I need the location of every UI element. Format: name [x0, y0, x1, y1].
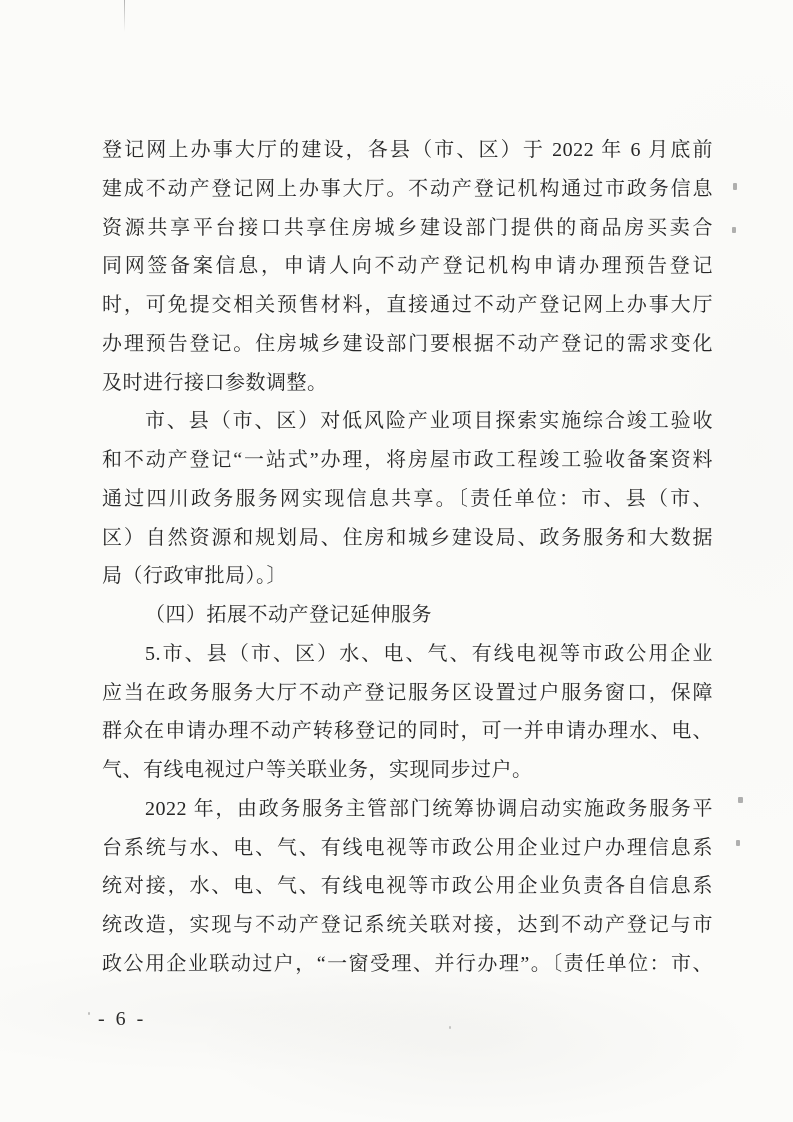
text-line: 同网签备案信息，申请人向不动产登记机构申请办理预告登记	[102, 247, 713, 286]
text-line: （四）拓展不动产登记延伸服务	[102, 596, 713, 635]
text-line: 5.市、县（市、区）水、电、气、有线电视等市政公用企业	[102, 635, 713, 674]
text-line: 台系统与水、电、气、有线电视等市政公用企业过户办理信息系	[102, 829, 713, 868]
paragraph: 2022 年，由政务服务主管部门统筹协调启动实施政务服务平台系统与水、电、气、有…	[102, 790, 713, 984]
text-line: 登记网上办事大厅的建设，各县（市、区）于 2022 年 6 月底前	[102, 131, 713, 170]
scan-speck	[736, 840, 740, 846]
text-line: 办理预告登记。住房城乡建设部门要根据不动产登记的需求变化	[102, 325, 713, 364]
text-line: 统改造，实现与不动产登记系统关联对接，达到不动产登记与市	[102, 906, 713, 945]
paragraph: 市、县（市、区）对低风险产业项目探索实施综合竣工验收和不动产登记“一站式”办理，…	[102, 402, 713, 596]
scan-speck	[738, 797, 743, 803]
text-line: 区）自然资源和规划局、住房和城乡建设局、政务服务和大数据	[102, 519, 713, 558]
text-line: 资源共享平台接口共享住房城乡建设部门提供的商品房买卖合	[102, 209, 713, 248]
text-line: 市、县（市、区）对低风险产业项目探索实施综合竣工验收	[102, 402, 713, 441]
scan-speck	[449, 1026, 451, 1029]
document-page: { "page": { "paper_color": "#fbfbf9", "i…	[0, 0, 793, 1122]
scan-speck	[88, 1012, 90, 1015]
text-line: 及时进行接口参数调整。	[102, 364, 713, 403]
text-line: 2022 年，由政务服务主管部门统筹协调启动实施政务服务平	[102, 790, 713, 829]
text-line: 气、有线电视过户等关联业务，实现同步过户。	[102, 751, 713, 790]
section-heading: （四）拓展不动产登记延伸服务	[102, 596, 713, 635]
scan-line-artifact	[124, 0, 125, 32]
text-line: 局（行政审批局）。〕	[102, 557, 713, 596]
scan-speck	[733, 183, 737, 190]
text-line: 统对接，水、电、气、有线电视等市政公用企业负责各自信息系	[102, 867, 713, 906]
scan-speck	[732, 227, 736, 233]
text-line: 政公用企业联动过户，“一窗受理、并行办理”。〔责任单位：市、	[102, 945, 713, 984]
paragraph: 登记网上办事大厅的建设，各县（市、区）于 2022 年 6 月底前建成不动产登记…	[102, 131, 713, 402]
text-line: 通过四川政务服务网实现信息共享。〔责任单位：市、县（市、	[102, 480, 713, 519]
paragraph: 5.市、县（市、区）水、电、气、有线电视等市政公用企业应当在政务服务大厅不动产登…	[102, 635, 713, 790]
text-line: 和不动产登记“一站式”办理，将房屋市政工程竣工验收备案资料	[102, 441, 713, 480]
text-line: 时，可免提交相关预售材料，直接通过不动产登记网上办事大厅	[102, 286, 713, 325]
text-line: 群众在申请办理不动产转移登记的同时，可一并申请办理水、电、	[102, 712, 713, 751]
text-line: 应当在政务服务大厅不动产登记服务区设置过户服务窗口，保障	[102, 674, 713, 713]
text-block: 登记网上办事大厅的建设，各县（市、区）于 2022 年 6 月底前建成不动产登记…	[102, 131, 713, 984]
page-number: - 6 -	[98, 1008, 146, 1031]
text-line: 建成不动产登记网上办事大厅。不动产登记机构通过市政务信息	[102, 170, 713, 209]
